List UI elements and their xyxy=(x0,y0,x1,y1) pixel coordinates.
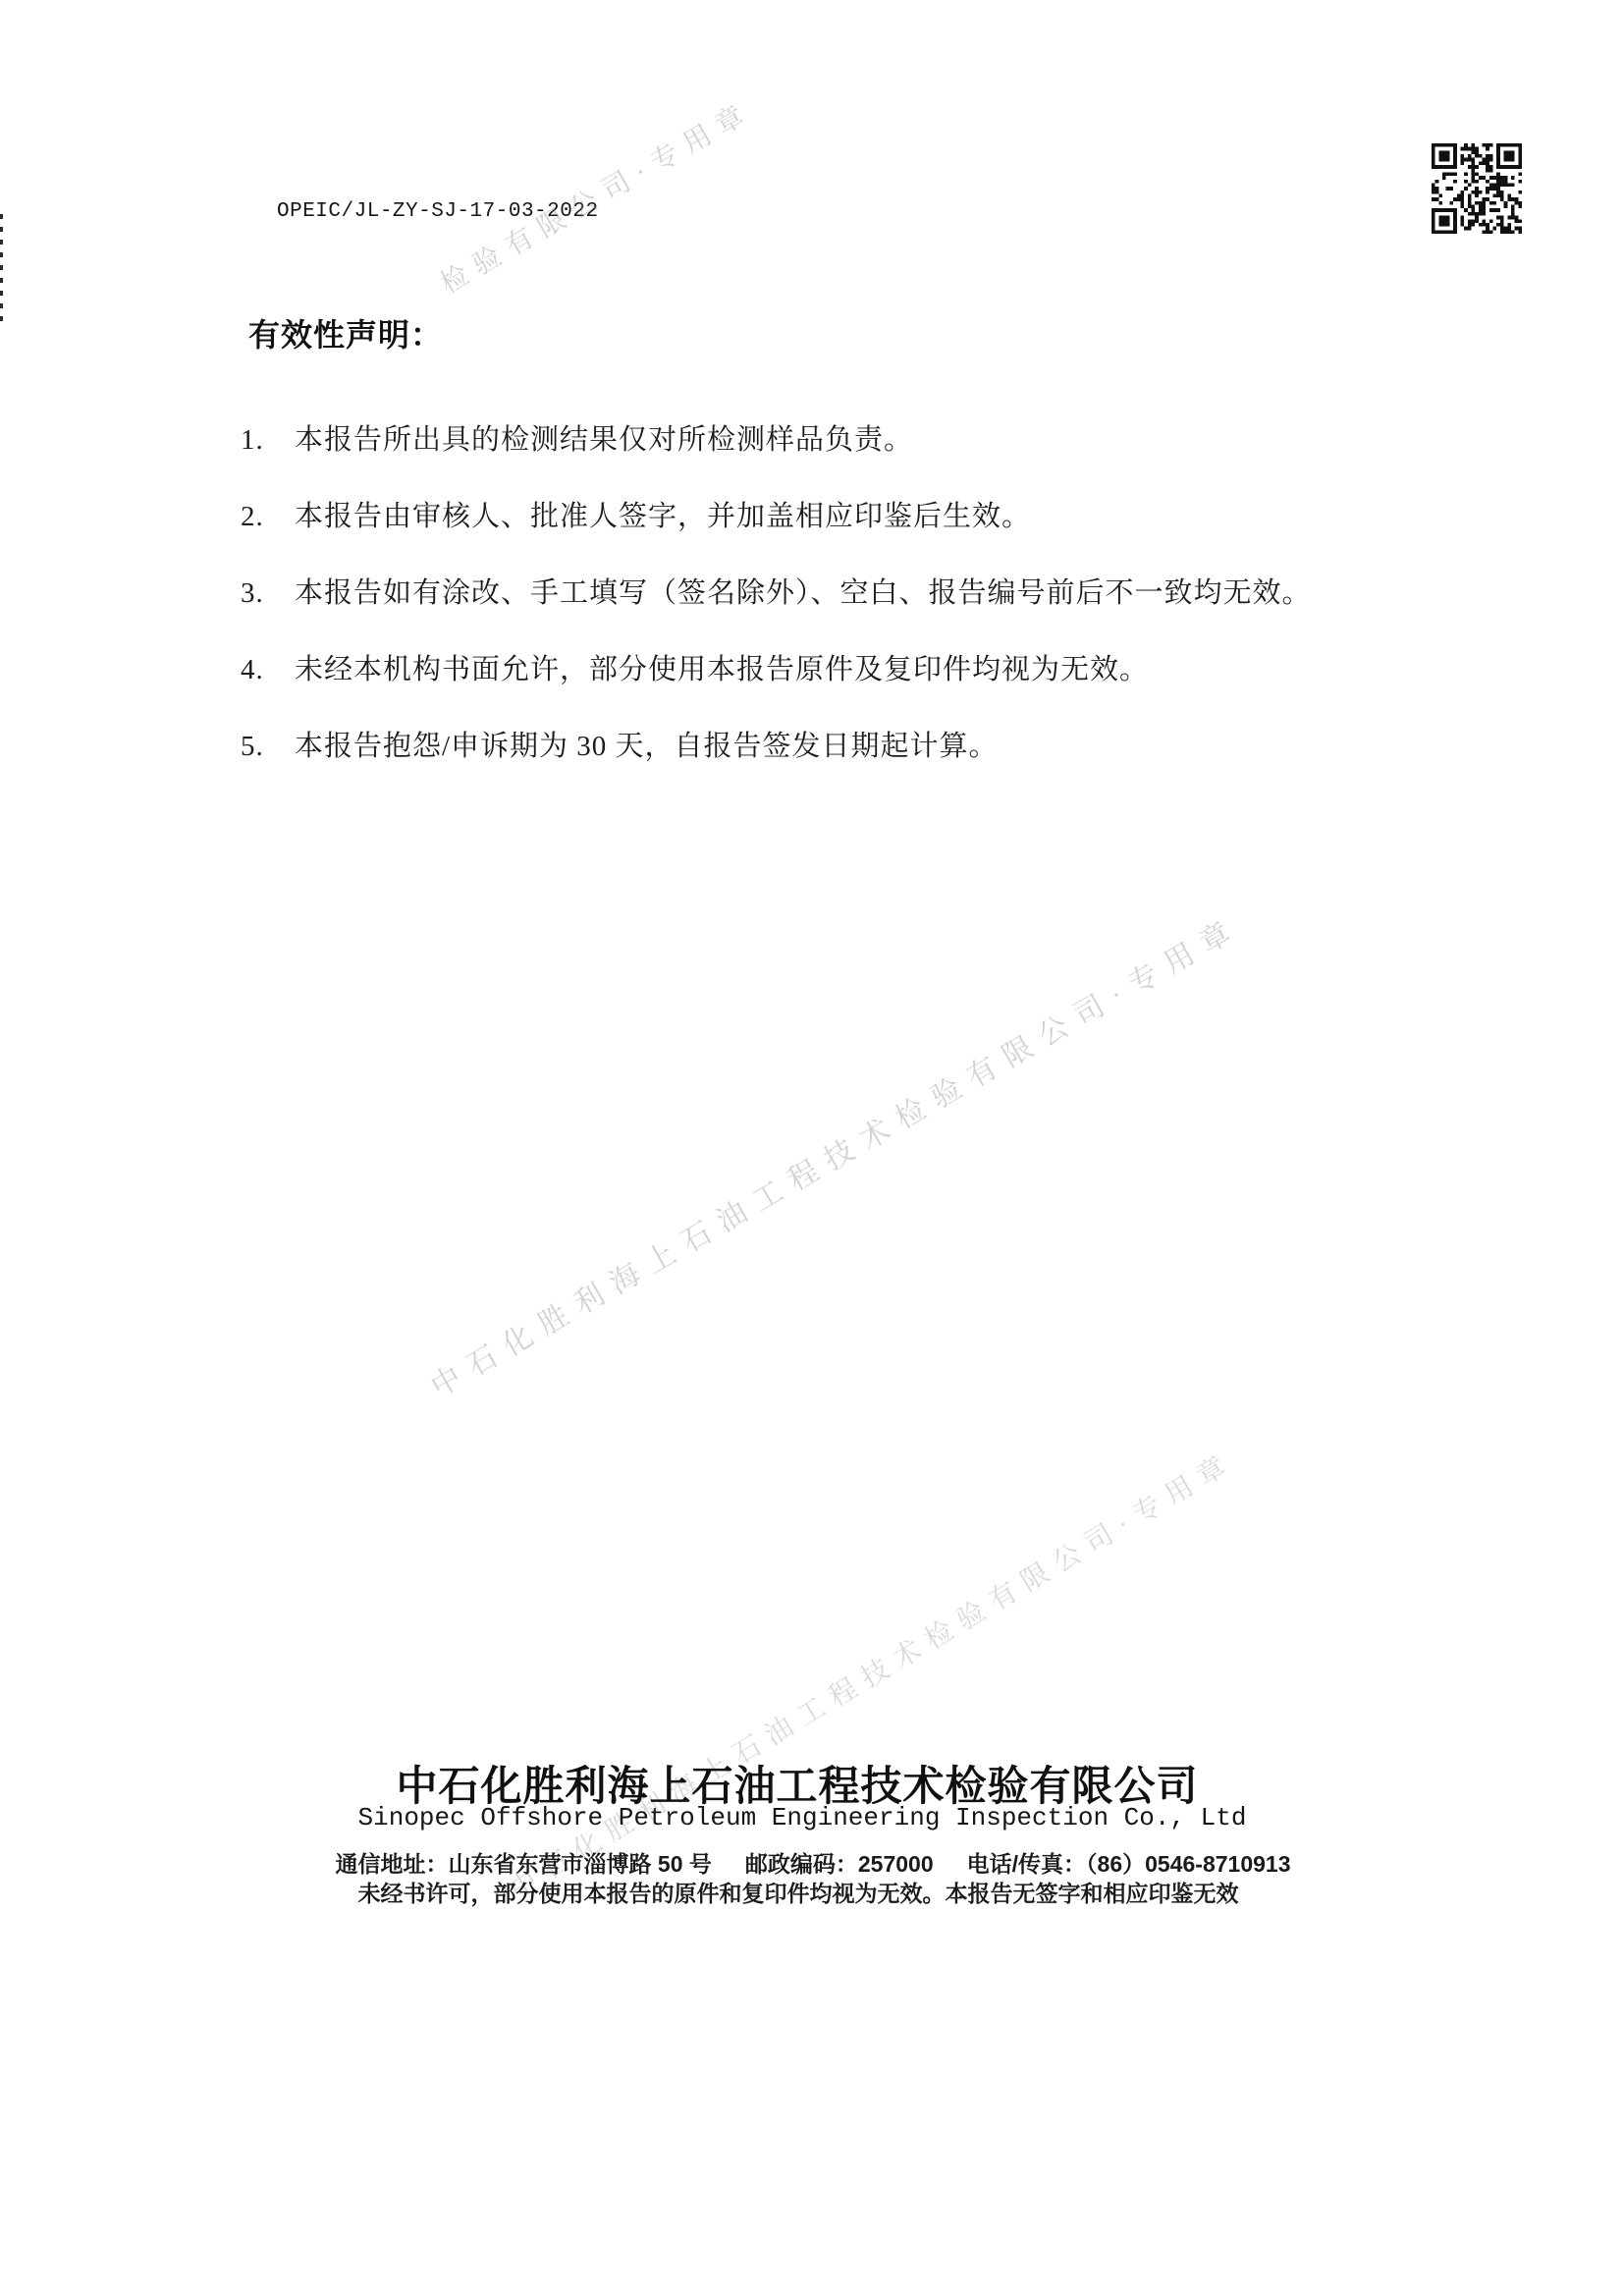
list-item: 3. 本报告如有涂改、手工填写（签名除外）、空白、报告编号前后不一致均无效。 xyxy=(241,570,1399,617)
list-item-text: 本报告如有涂改、手工填写（签名除外）、空白、报告编号前后不一致均无效。 xyxy=(295,570,1312,617)
seal-watermark-bottom: 中石化胜利海上石油工程技术检验有限公司·专用章 xyxy=(501,1441,1241,1907)
list-item-number: 5. xyxy=(241,723,295,770)
list-item: 4. 未经本机构书面允许，部分使用本报告原件及复印件均视为无效。 xyxy=(241,646,1399,693)
document-code: OPEIC/JL-ZY-SJ-17-03-2022 xyxy=(277,200,599,223)
validity-statement-heading: 有效性声明： xyxy=(248,310,443,355)
seal-watermark-middle: 中石化胜利海上石油工程技术检验有限公司·专用章 xyxy=(421,903,1247,1405)
scan-artifact-dashes xyxy=(0,214,3,327)
seal-watermark-top: 检验有限公司·专用章 xyxy=(432,90,759,301)
list-item: 2. 本报告由审核人、批准人签字，并加盖相应印鉴后生效。 xyxy=(241,493,1399,540)
contact-postcode: 邮政编码：257000 xyxy=(745,1846,934,1879)
list-item-text: 本报告由审核人、批准人签字，并加盖相应印鉴后生效。 xyxy=(295,493,1031,540)
list-item-number: 3. xyxy=(241,570,295,617)
footer-notice-line: 未经书许可，部分使用本报告的原件和复印件均视为无效。本报告无签字和相应印鉴无效 xyxy=(358,1876,1239,1908)
validity-statement-list: 1. 本报告所出具的检测结果仅对所检测样品负责。 2. 本报告由审核人、批准人签… xyxy=(241,416,1399,799)
list-item: 1. 本报告所出具的检测结果仅对所检测样品负责。 xyxy=(241,416,1399,464)
list-item-text: 本报告所出具的检测结果仅对所检测样品负责。 xyxy=(295,416,913,464)
qr-code-icon xyxy=(1432,143,1522,234)
document-page: OPEIC/JL-ZY-SJ-17-03-2022 检验有限公司·专用章 中石化… xyxy=(0,0,1623,2296)
list-item-number: 1. xyxy=(241,416,295,464)
list-item-number: 2. xyxy=(241,493,295,540)
list-item-number: 4. xyxy=(241,646,295,693)
list-item-text: 未经本机构书面允许，部分使用本报告原件及复印件均视为无效。 xyxy=(295,646,1149,693)
footer-contact-line: 通信地址：山东省东营市淄博路 50 号 邮政编码：257000 电话/传真：（8… xyxy=(336,1846,1291,1879)
contact-phone: 电话/传真：（86）0546-8710913 xyxy=(967,1846,1291,1879)
qr-code-svg xyxy=(1432,143,1522,234)
company-name-en: Sinopec Offshore Petroleum Engineering I… xyxy=(358,1803,1247,1832)
contact-address: 通信地址：山东省东营市淄博路 50 号 xyxy=(336,1846,712,1879)
list-item: 5. 本报告抱怨/申诉期为 30 天，自报告签发日期起计算。 xyxy=(241,723,1399,770)
list-item-text: 本报告抱怨/申诉期为 30 天，自报告签发日期起计算。 xyxy=(295,723,999,770)
